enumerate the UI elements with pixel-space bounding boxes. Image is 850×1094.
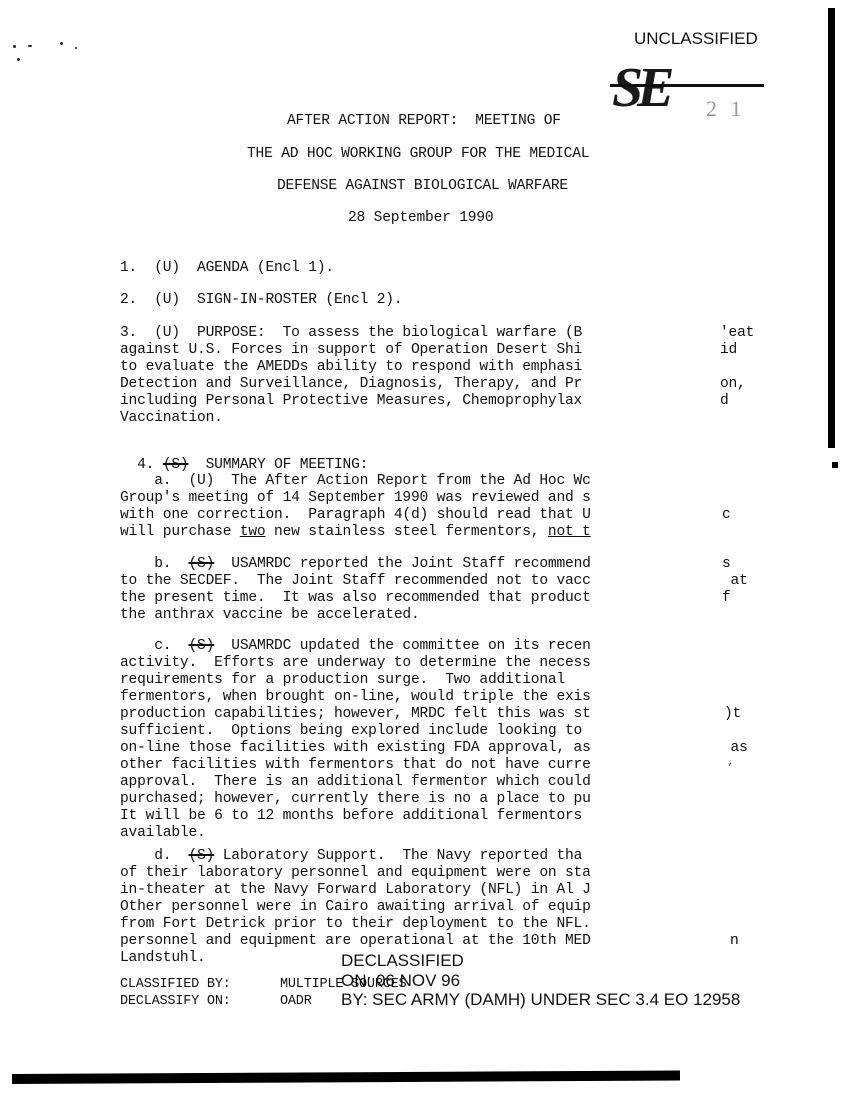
paragraph-line: will purchase two new stainless steel fe…: [120, 524, 591, 541]
paragraph-line: against U.S. Forces in support of Operat…: [120, 342, 582, 359]
paragraph-line: other facilities with fermentors that do…: [120, 757, 591, 774]
scan-bottom-bar: [12, 1071, 680, 1084]
paragraph-line: the anthrax vaccine be accelerated.: [120, 607, 420, 624]
paragraph-line: Detection and Surveillance, Diagnosis, T…: [120, 376, 582, 393]
classified-by-value: MULTIPLE SOURCES: [280, 976, 406, 993]
paragraph-line: to the SECDEF. The Joint Staff recommend…: [120, 573, 591, 590]
paragraph-line: b. (S) USAMRDC reported the Joint Staff …: [120, 556, 591, 573]
declassified-stamp: DECLASSIFIED: [341, 951, 464, 971]
paragraph-line: to evaluate the AMEDDs ability to respon…: [120, 359, 582, 376]
scan-speck: [28, 45, 32, 47]
margin-fragment: on,: [720, 376, 746, 393]
section-number: 4.: [137, 457, 154, 473]
paragraph-line: fermentors, when brought on-line, would …: [120, 689, 591, 706]
paragraph-line: production capabilities; however, MRDC f…: [120, 706, 591, 723]
report-title-line-3: DEFENSE AGAINST BIOLOGICAL WARFARE: [277, 178, 568, 194]
faint-marking: 2 1: [706, 96, 746, 122]
section-1-agenda: 1. (U) AGENDA (Encl 1).: [120, 260, 334, 277]
paragraph-line: including Personal Protective Measures, …: [120, 393, 582, 410]
classified-by-label: CLASSIFIED BY:: [120, 976, 231, 993]
margin-fragment: at: [722, 573, 748, 590]
margin-fragment: n: [730, 933, 739, 950]
paragraph-line: with one correction. Paragraph 4(d) shou…: [120, 507, 591, 524]
paragraph-line: Vaccination.: [120, 410, 223, 427]
margin-fragment: id: [720, 342, 737, 359]
paragraph-line: the present time. It was also recommende…: [120, 590, 591, 607]
paragraph-line: personnel and equipment are operational …: [120, 933, 591, 950]
marking-underline: [610, 84, 764, 87]
scan-margin-bar: [828, 8, 835, 448]
section-2-sign-in-roster: 2. (U) SIGN-IN-ROSTER (Encl 2).: [120, 292, 402, 309]
underlined-word: two: [240, 524, 266, 540]
paragraph-line: approval. There is an additional ferment…: [120, 774, 591, 791]
paragraph-line: on-line those facilities with existing F…: [120, 740, 591, 757]
scan-speck: [17, 58, 20, 61]
underlined-word: not t: [548, 524, 591, 540]
report-title-line-2: THE AD HOC WORKING GROUP FOR THE MEDICAL: [247, 146, 589, 162]
paragraph-line: purchased; however, currently there is n…: [120, 791, 591, 808]
struck-classification-marking: (S): [188, 848, 214, 864]
scan-speck: [60, 42, 63, 45]
margin-fragment: ,: [722, 754, 734, 771]
declassified-by-stamp: BY: SEC ARMY (DAMH) UNDER SEC 3.4 EO 129…: [341, 990, 740, 1010]
paragraph-line: 3. (U) PURPOSE: To assess the biological…: [120, 325, 582, 342]
margin-fragment: d: [720, 393, 729, 410]
paragraph-line: Other personnel were in Cairo awaiting a…: [120, 899, 591, 916]
section-4-heading: 4. (S) SUMMARY OF MEETING:: [120, 440, 368, 474]
paragraph-line: in-theater at the Navy Forward Laborator…: [120, 882, 591, 899]
margin-fragment: s: [722, 556, 731, 573]
classification-stamp-top: UNCLASSIFIED: [634, 29, 758, 49]
paragraph-line: a. (U) The After Action Report from the …: [120, 473, 591, 490]
paragraph-line: of their laboratory personnel and equipm…: [120, 865, 591, 882]
report-title-line-1: AFTER ACTION REPORT: MEETING OF: [287, 113, 561, 129]
paragraph-line: from Fort Detrick prior to their deploym…: [120, 916, 591, 933]
margin-fragment: f: [722, 590, 731, 607]
section-heading: SUMMARY OF MEETING:: [206, 457, 369, 473]
scan-speck: [75, 47, 77, 49]
paragraph-line: requirements for a production surge. Two…: [120, 672, 565, 689]
paragraph-line: It will be 6 to 12 months before additio…: [120, 808, 582, 825]
struck-classification-marking: (S): [188, 556, 214, 572]
paragraph-line: sufficient. Options being explored inclu…: [120, 723, 582, 740]
report-date: 28 September 1990: [348, 210, 493, 226]
margin-fragment: )t: [724, 706, 741, 723]
scan-margin-mark: [832, 462, 838, 468]
struck-classification-marking: (S): [188, 638, 214, 654]
margin-fragment: 'eat: [720, 325, 754, 342]
declassify-on-value: OADR: [280, 993, 312, 1010]
paragraph-line: available.: [120, 825, 206, 842]
paragraph-line: Landstuhl.: [120, 950, 206, 967]
struck-classification-marking: (S): [163, 457, 189, 473]
paragraph-line: activity. Efforts are underway to determ…: [120, 655, 591, 672]
scan-speck: [13, 45, 16, 48]
paragraph-line: Group's meeting of 14 September 1990 was…: [120, 490, 591, 507]
margin-fragment: c: [722, 507, 731, 524]
paragraph-line: d. (S) Laboratory Support. The Navy repo…: [120, 848, 582, 865]
paragraph-line: c. (S) USAMRDC updated the committee on …: [120, 638, 591, 655]
declassify-on-label: DECLASSIFY ON:: [120, 993, 231, 1010]
handwritten-marking: SE: [612, 56, 669, 120]
